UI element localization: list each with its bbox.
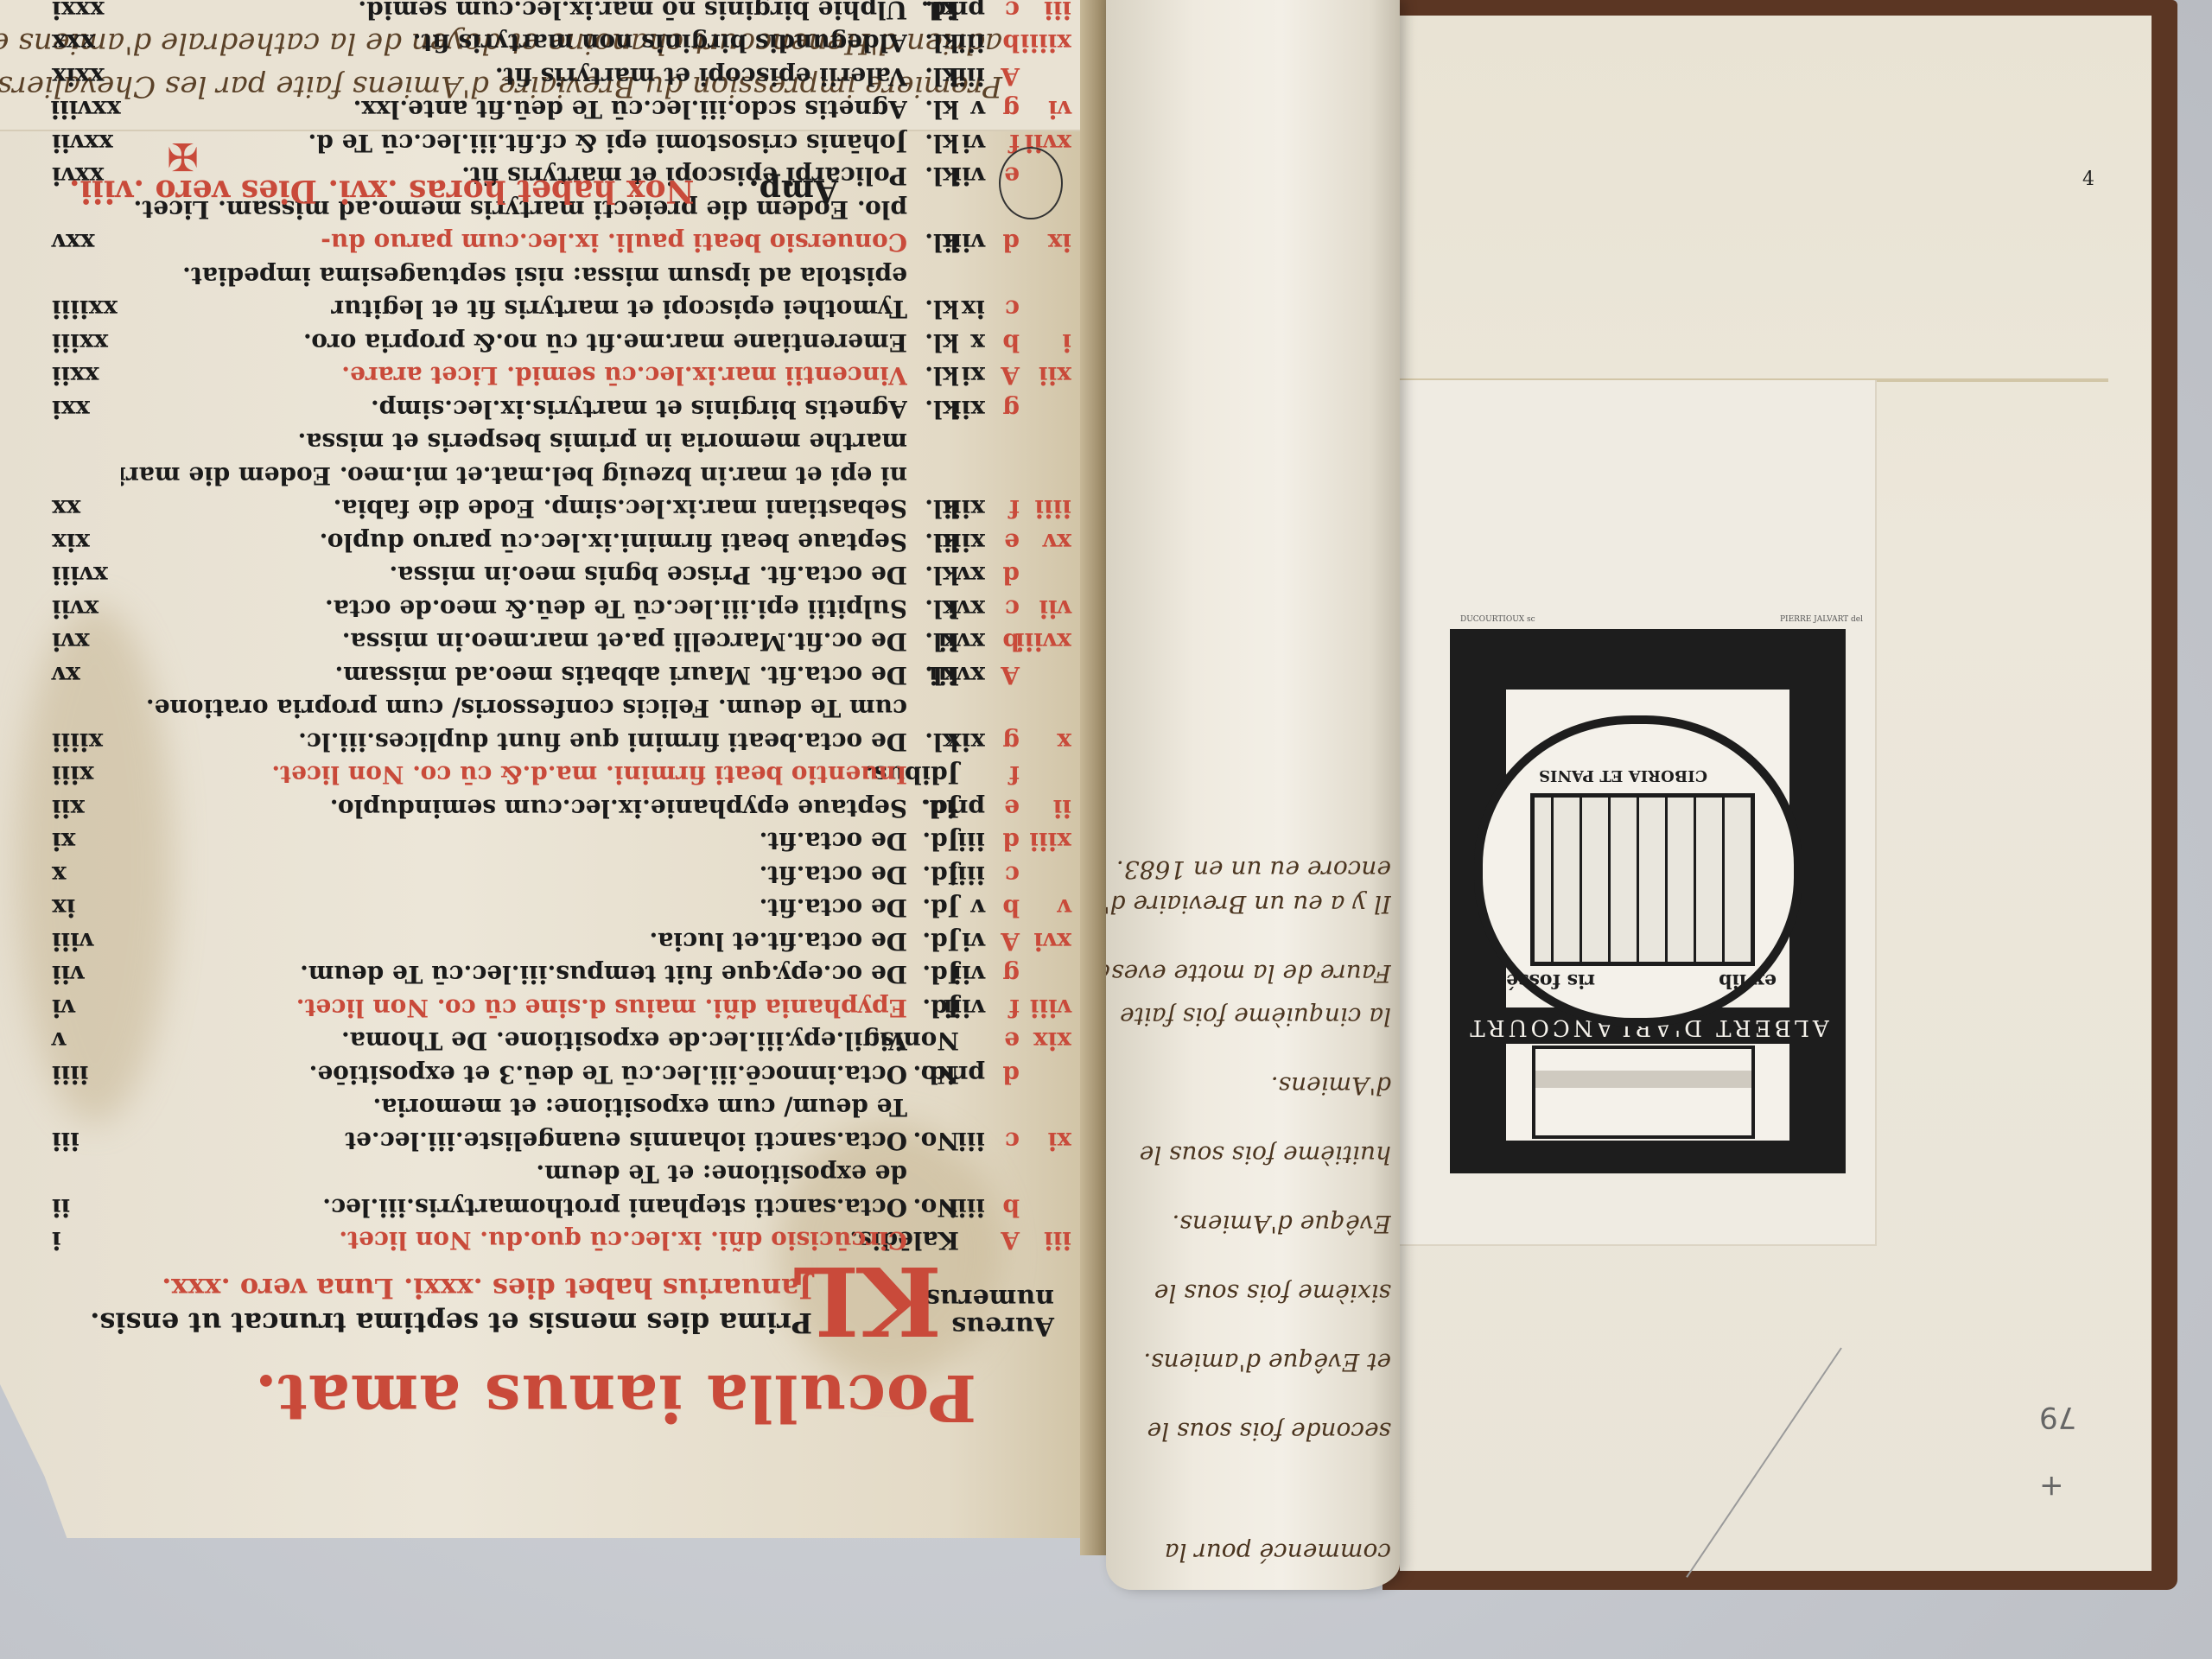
golden-number: iiii xyxy=(1020,494,1071,523)
dominical-letter: d xyxy=(985,561,1020,589)
day-number: viii xyxy=(52,927,121,956)
handwritten-line: d'Amiens. xyxy=(1106,1071,1391,1100)
calendar-row: ni epi et mar.in bzeuig bel.mat.et mi.me… xyxy=(52,459,1071,493)
calendar-row: xviAviJd.De octa.fit.et lucia.viii xyxy=(52,925,1071,958)
feast-text: Octa.sancti stephani prothomartyris.iii.… xyxy=(121,1193,907,1222)
calendar-row: xiiAxikl.Vincentii mar.ix.lec.cū semid. … xyxy=(52,359,1071,393)
feast-text: marthe memoria in primis besperis et mis… xyxy=(121,428,907,456)
calendar-row: viicxvikl.Sulpitii epi.iii.lec.cū Te deū… xyxy=(52,592,1071,626)
feast-text: Conuersio beati pauli. ix.lec.cum paruo … xyxy=(121,228,907,257)
dominical-letter: f xyxy=(985,994,1020,1022)
feast-text: Agnetis scdo.iii.lec.cū Te deū.fit ante.… xyxy=(121,95,907,124)
january-calendar: Poculla ianus amat. Aureus numerus KL Pr… xyxy=(52,138,1071,1486)
handwritten-line: commencé pour la xyxy=(1106,1538,1391,1567)
day-number: xxiii xyxy=(52,328,121,357)
day-number: v xyxy=(52,1027,121,1055)
roman-count: prid. xyxy=(959,0,985,24)
feast-text: De octa.fit. xyxy=(121,827,907,855)
golden-number: xix xyxy=(1020,1027,1071,1055)
feast-text: cum Te deum. Felicis confessoris/ cum pr… xyxy=(121,694,907,722)
kalendar-term: kl. xyxy=(907,627,959,656)
day-number: xxx xyxy=(52,29,121,57)
feast-text: epistola ad ipsum missa: nisi septuagesi… xyxy=(121,262,907,290)
roman-count: vii xyxy=(959,960,985,988)
day-number: xix xyxy=(52,528,121,556)
kalendar-term: Jd. xyxy=(907,994,959,1022)
calendar-row: gviiJd.De oc.epy.que fuit tempus.iii.lec… xyxy=(52,958,1071,992)
feast-text: Valerii episcopi et martyris fit. xyxy=(121,62,907,91)
calendar-row: iiicprid.kl.Ulphie birginis nō mar.ix.le… xyxy=(52,0,1071,27)
kalendar-term: kl. xyxy=(907,228,959,257)
dominical-letter: e xyxy=(985,528,1020,556)
feast-text: De octa.beati firmini que fiunt duplices… xyxy=(121,728,907,756)
feast-text: Septaue epyphanie.ix.lec.cum seminduplo. xyxy=(121,794,907,823)
golden-number: vi xyxy=(1020,95,1071,124)
roman-count: iiii xyxy=(959,861,985,889)
calendar-row: xixeNonis.Vigil.epy.iii.lec.de expositio… xyxy=(52,1025,1071,1058)
calendar-row: xvexiiiikl.Septaue beati firmini.ix.lec.… xyxy=(52,525,1071,559)
calendar-row: dxvkl.De octa.fit. Prisce bgnis meo.in m… xyxy=(52,559,1071,593)
feast-text: Sulpitii epi.iii.lec.cū Te deū.& meo.de … xyxy=(121,594,907,623)
roman-count: v xyxy=(959,95,985,124)
kalendar-term: No. xyxy=(907,1193,959,1222)
calendar-row: ciiiiJd.De octa.fit.x xyxy=(52,858,1071,892)
kalendar-term: kl. xyxy=(907,295,959,323)
dominical-letter: A xyxy=(985,661,1020,690)
calendar-row: xiiidiiiJd.De octa.fit.xi xyxy=(52,825,1071,859)
golden-number: iii xyxy=(1020,1226,1071,1255)
day-number: xx xyxy=(52,494,121,523)
ornament-band xyxy=(1459,638,1837,690)
calendar-leaf: adrien d'Henencourt chanoine et doyen de… xyxy=(0,0,1115,1538)
feast-text: Octa.innocē.iii.lec.cū Te deū.3 et expos… xyxy=(121,1060,907,1089)
dominical-letter: g xyxy=(985,395,1020,423)
day-number: xii xyxy=(52,794,121,823)
handwritten-line: huitième fois sous le xyxy=(1106,1141,1391,1169)
kalendar-term: kl. xyxy=(907,162,959,190)
feast-text: Septaue beati firmini.ix.lec.cū paruo du… xyxy=(121,528,907,556)
kalendar-term: Jd. xyxy=(907,893,959,922)
kalendar-term: kl. xyxy=(907,361,959,390)
dominical-letter: A xyxy=(985,1226,1020,1255)
dominical-letter: b xyxy=(985,1193,1020,1222)
day-number: x xyxy=(52,861,121,889)
dominical-letter: f xyxy=(985,494,1020,523)
dominical-letter: d xyxy=(985,1060,1020,1089)
ex-libris-left: ex lib xyxy=(1719,969,1777,992)
city-view xyxy=(1532,1046,1755,1139)
roman-count: xi xyxy=(959,361,985,390)
golden-number: xviii xyxy=(1020,627,1071,656)
dominical-letter: g xyxy=(985,728,1020,756)
feast-text: Aldegundis birginis non martyris fit. xyxy=(121,29,907,57)
roman-count: iii xyxy=(959,1127,985,1155)
kalendar-term: kl. xyxy=(907,561,959,589)
roman-count: vii xyxy=(959,162,985,190)
calendar-row: fJdibus.Inuentio beati firmini. ma.d.& c… xyxy=(52,759,1071,792)
golden-number: xi xyxy=(1020,1127,1071,1155)
roman-count: prid. xyxy=(959,794,985,823)
kalendar-term: Jd. xyxy=(907,827,959,855)
footer-amp: Amp. xyxy=(748,173,838,209)
feast-text: de expositione: et Te deum. xyxy=(121,1160,907,1188)
feast-text: De octa.fit.et lucia. xyxy=(121,927,907,956)
roman-count: xix xyxy=(959,728,985,756)
kalendar-term: kl. xyxy=(907,328,959,357)
dominical-letter: A xyxy=(985,361,1020,390)
handwritten-line: et Evêque d'amiens. xyxy=(1106,1348,1391,1376)
pencil-shelfmark: 79 xyxy=(2039,1400,2076,1434)
night-hours-rubric: Nox habet horas .xvi. Dies vero .viii. xyxy=(69,173,695,209)
roman-count: xv xyxy=(959,561,985,589)
kalendar-term: Jdibus. xyxy=(907,760,959,789)
kalendar-term: kl. xyxy=(907,129,959,157)
feast-text: Ulphie birginis nō mar.ix.lec.cum semid. xyxy=(121,0,907,24)
roman-count: iiii xyxy=(959,1193,985,1222)
kalendar-term: kl. xyxy=(907,95,959,124)
roman-count: iiii xyxy=(959,62,985,91)
day-number: ix xyxy=(52,893,121,922)
roman-count: viii xyxy=(959,228,985,257)
kalends-initial: KL xyxy=(792,1245,942,1357)
handwritten-line: seconde fois sous le xyxy=(1106,1417,1391,1446)
kalendar-term: Jd. xyxy=(907,794,959,823)
calendar-row: de expositione: et Te deum. xyxy=(52,1158,1071,1192)
ink-mark: 4 xyxy=(2082,168,2094,190)
feast-text: Sebastiani mar.ix.lec.simp. Eode die fab… xyxy=(121,494,907,523)
kalendar-term: Jd. xyxy=(907,960,959,988)
kalendar-term: Nonis. xyxy=(907,1027,959,1055)
engraving-caption-right: PIERRE JALVART del xyxy=(1780,615,1863,624)
library-stamp-icon xyxy=(999,147,1063,219)
feast-text: Inuentio beati firmini. ma.d.& cū co. No… xyxy=(121,760,907,789)
roman-count: prid. xyxy=(959,1060,985,1089)
feast-text: ni epi et mar.in bzeuig bel.mat.et mi.me… xyxy=(121,461,907,490)
calendar-month-days: Januarius habet dies .xxxi. Luna vero .x… xyxy=(162,1272,812,1305)
roman-count: xiiii xyxy=(959,528,985,556)
dominical-letter: b xyxy=(985,328,1020,357)
pencil-cross: + xyxy=(2039,1469,2064,1503)
calendar-row: ixdviiikl.Conuersio beati pauli. ix.lec.… xyxy=(52,226,1071,260)
day-number: xviii xyxy=(52,561,121,589)
calendar-row: iiiifxiiikl.Sebastiani mar.ix.lec.simp. … xyxy=(52,493,1071,526)
calendar-row: viiifviiiJd.Epyphania dñi. maius d.sine … xyxy=(52,991,1071,1025)
day-number: xxii xyxy=(52,361,121,390)
feast-text: Tymothei episcopi et martyris fit et leg… xyxy=(121,295,907,323)
calendar-row: Axviiikl.De octa.fit. Mauri abbatis meo.… xyxy=(52,658,1071,692)
day-number: xxvii xyxy=(52,129,121,157)
label-numerus: numerus xyxy=(925,1284,1054,1312)
day-number: xiii xyxy=(52,760,121,789)
day-number: xxv xyxy=(52,228,121,257)
day-number: xxi xyxy=(52,395,121,423)
feast-text: Agnetis birginis et martyris.ix.lec.simp… xyxy=(121,395,907,423)
day-number: xv xyxy=(52,661,121,690)
calendar-row: cixkl.Tymothei episcopi et martyris fit … xyxy=(52,293,1071,327)
calendar-row: marthe memoria in primis besperis et mis… xyxy=(52,426,1071,460)
day-number: iiii xyxy=(52,1060,121,1089)
kalendar-term: kl. xyxy=(907,728,959,756)
calendar-row: dprid.No.Octa.innocē.iii.lec.cū Te deū.3… xyxy=(52,1058,1071,1091)
feast-text: Circūcisio dñi. ix.lec.cū quo.du. Non li… xyxy=(121,1226,907,1255)
calendar-row: xgxixkl.De octa.beati firmini que fiunt … xyxy=(52,725,1071,759)
feast-text: De octa.fit. Mauri abbatis meo.ad missam… xyxy=(121,661,907,690)
kalendar-term: Jd. xyxy=(907,861,959,889)
calendar-row: epistola ad ipsum missa: nisi septuagesi… xyxy=(52,259,1071,293)
day-number: i xyxy=(52,1226,121,1255)
dominical-letter: c xyxy=(985,0,1020,24)
dominical-letter: d xyxy=(985,827,1020,855)
day-number: vi xyxy=(52,994,121,1022)
day-number: iii xyxy=(52,1127,121,1155)
day-number: xxix xyxy=(52,62,121,91)
engraving-caption-left: DUCOURTIOUX sc xyxy=(1460,615,1535,624)
calendar-row: xiiiibiiikl.Aldegundis birginis non mart… xyxy=(52,27,1071,60)
roman-count: iii xyxy=(959,29,985,57)
roman-count: xvii xyxy=(959,627,985,656)
cross-pattee-icon: ✠ xyxy=(164,138,199,173)
handwritten-line: Evêque d'Amiens. xyxy=(1106,1210,1391,1238)
dominical-letter: b xyxy=(985,627,1020,656)
feast-text: Octa.sancti iohannis euangeliste.iii.lec… xyxy=(121,1127,907,1155)
feast-text: Vincentii mar.ix.lec.cū semid. Licet ara… xyxy=(121,361,907,390)
calendar-row: ibxkl.Emerentiane mar.me.fit cū no.& pro… xyxy=(52,326,1071,359)
kalendar-term: kl. xyxy=(907,0,959,24)
golden-number: iii xyxy=(1020,0,1071,24)
day-number: xxviii xyxy=(52,95,121,124)
handwritten-line: sixième fois sous le xyxy=(1106,1279,1391,1307)
kalendar-term: kl. xyxy=(907,594,959,623)
handwritten-line: Faure de la motte evesque xyxy=(1106,959,1391,988)
roman-count: vi xyxy=(959,927,985,956)
kalendar-term: No. xyxy=(907,1060,959,1089)
feast-text: De octa.fit. xyxy=(121,861,907,889)
day-number: xvi xyxy=(52,627,121,656)
golden-number: vii xyxy=(1020,594,1071,623)
ornament-band xyxy=(1459,1141,1837,1165)
dominical-letter: f xyxy=(985,760,1020,789)
day-number: xvii xyxy=(52,594,121,623)
calendar-row: Te deum/ cum expositione: et memoria. xyxy=(52,1091,1071,1125)
feast-text: Epyphania dñi. maius d.sine cū co. Non l… xyxy=(121,994,907,1022)
golden-number: xii xyxy=(1020,361,1071,390)
dominical-letter: d xyxy=(985,228,1020,257)
day-number: xiiii xyxy=(52,728,121,756)
kalendar-term: Kalēdis. xyxy=(907,1226,959,1255)
rolled-flyleaf: commencé pour laseconde fois sous leet E… xyxy=(1106,0,1400,1590)
kalendar-term: kl. xyxy=(907,29,959,57)
dominical-letter: A xyxy=(985,927,1020,956)
day-number: xi xyxy=(52,827,121,855)
dominical-letter: c xyxy=(985,861,1020,889)
golden-number: v xyxy=(1020,893,1071,922)
roman-count: xvi xyxy=(959,594,985,623)
kalendar-term: Jd. xyxy=(907,927,959,956)
roman-count: ix xyxy=(959,295,985,323)
roman-count: xviii xyxy=(959,661,985,690)
kalendar-term: kl. xyxy=(907,62,959,91)
golden-number: xvi xyxy=(1020,927,1071,956)
feast-text: De octa.fit. Prisce bgnis meo.in missa. xyxy=(121,561,907,589)
kalendar-term: No. xyxy=(907,1127,959,1155)
calendar-title: Poculla ianus amat. xyxy=(254,1360,976,1434)
feast-text: Te deum/ cum expositione: et memoria. xyxy=(121,1093,907,1122)
day-number: ii xyxy=(52,1193,121,1222)
dominical-letter: c xyxy=(985,295,1020,323)
stained-glass-press-scene xyxy=(1530,793,1755,966)
kalendar-term: kl. xyxy=(907,661,959,690)
roman-count: xii xyxy=(959,395,985,423)
dominical-letter: c xyxy=(985,1127,1020,1155)
dominical-letter: g xyxy=(985,960,1020,988)
dominical-letter: b xyxy=(985,893,1020,922)
dominical-letter: b xyxy=(985,29,1020,57)
calendar-row: iiiAKalēdis.Circūcisio dñi. ix.lec.cū qu… xyxy=(52,1224,1071,1258)
calendar-row: vbvJd.De octa.fit.ix xyxy=(52,892,1071,925)
roman-count: v xyxy=(959,893,985,922)
calendar-row: Aiiiikl.Valerii episcopi et martyris fit… xyxy=(52,60,1071,93)
golden-number: x xyxy=(1020,728,1071,756)
dominical-letter: A xyxy=(985,62,1020,91)
calendar-row: xviifvikl.Johānis crisostomi epi & cf.fi… xyxy=(52,126,1071,160)
handwritten-line: encore eu un en 1683. xyxy=(1106,855,1391,884)
golden-number: viii xyxy=(1020,994,1071,1022)
golden-number: xv xyxy=(1020,528,1071,556)
golden-number-label: Aureus numerus xyxy=(925,1284,1054,1339)
day-number: xxxi xyxy=(52,0,121,24)
calendar-row: xviiibxviikl.De oc.fit.Marcelli pa.et ma… xyxy=(52,626,1071,659)
roman-count: vi xyxy=(959,129,985,157)
feast-text: Johānis crisostomi epi & cf.fit.iii.lec.… xyxy=(121,129,907,157)
feast-text: Vigil.epy.iii.lec.de expositione. De Tho… xyxy=(121,1027,907,1055)
day-number: xxiiii xyxy=(52,295,121,323)
bookplate-engraving: ALBERT D'ARLANCOURT ex lib ris fossé CIB… xyxy=(1450,629,1846,1173)
kalendar-term: kl. xyxy=(907,528,959,556)
roman-count: viii xyxy=(959,994,985,1022)
calendar-row: cum Te deum. Felicis confessoris/ cum pr… xyxy=(52,692,1071,726)
calendar-row: xiciiiNo.Octa.sancti iohannis euangelist… xyxy=(52,1124,1071,1158)
golden-number: xiii xyxy=(1020,827,1071,855)
feast-text: Emerentiane mar.me.fit cū no.& propria o… xyxy=(121,328,907,357)
calendar-row: iieprid.Jd.Septaue epyphanie.ix.lec.cum … xyxy=(52,791,1071,825)
calendar-footer: Amp. Nox habet horas .xvi. Dies vero .vi… xyxy=(69,173,838,209)
medallion-text: CIBORIA ET PANIS xyxy=(1539,766,1707,785)
calendar-row: vigvkl.Agnetis scdo.iii.lec.cū Te deū.fi… xyxy=(52,93,1071,127)
handwritten-line: la cinquième fois faite xyxy=(1106,1002,1391,1031)
dominical-letter: c xyxy=(985,594,1020,623)
feast-text: De oc.epy.que fuit tempus.iii.lec.cū Te … xyxy=(121,960,907,988)
golden-number: ix xyxy=(1020,228,1071,257)
golden-number: i xyxy=(1020,328,1071,357)
golden-number: xiiii xyxy=(1020,29,1071,57)
feast-text: De oc.fit.Marcelli pa.et mar.meo.in miss… xyxy=(121,627,907,656)
label-aureus: Aureus xyxy=(925,1312,1054,1339)
kalendar-term: kl. xyxy=(907,395,959,423)
roman-count: x xyxy=(959,328,985,357)
ex-libris-right: ris fossé xyxy=(1506,969,1595,992)
calendar-verse: Prima dies mensis et septima truncat ut … xyxy=(90,1306,812,1339)
roman-count: iii xyxy=(959,827,985,855)
roman-count: xiii xyxy=(959,494,985,523)
kalendar-term: kl. xyxy=(907,494,959,523)
golden-number: ii xyxy=(1020,794,1071,823)
dominical-letter: e xyxy=(985,794,1020,823)
dominical-letter: e xyxy=(985,1027,1020,1055)
dominical-letter: g xyxy=(985,95,1020,124)
calendar-row: gxiikl.Agnetis birginis et martyris.ix.l… xyxy=(52,392,1071,426)
feast-text: De octa.fit. xyxy=(121,893,907,922)
calendar-row: biiiiNo.Octa.sancti stephani prothomarty… xyxy=(52,1191,1071,1224)
handwritten-line: Il y a eu un Breviaire d'Amiens xyxy=(1106,890,1391,918)
day-number: vii xyxy=(52,960,121,988)
